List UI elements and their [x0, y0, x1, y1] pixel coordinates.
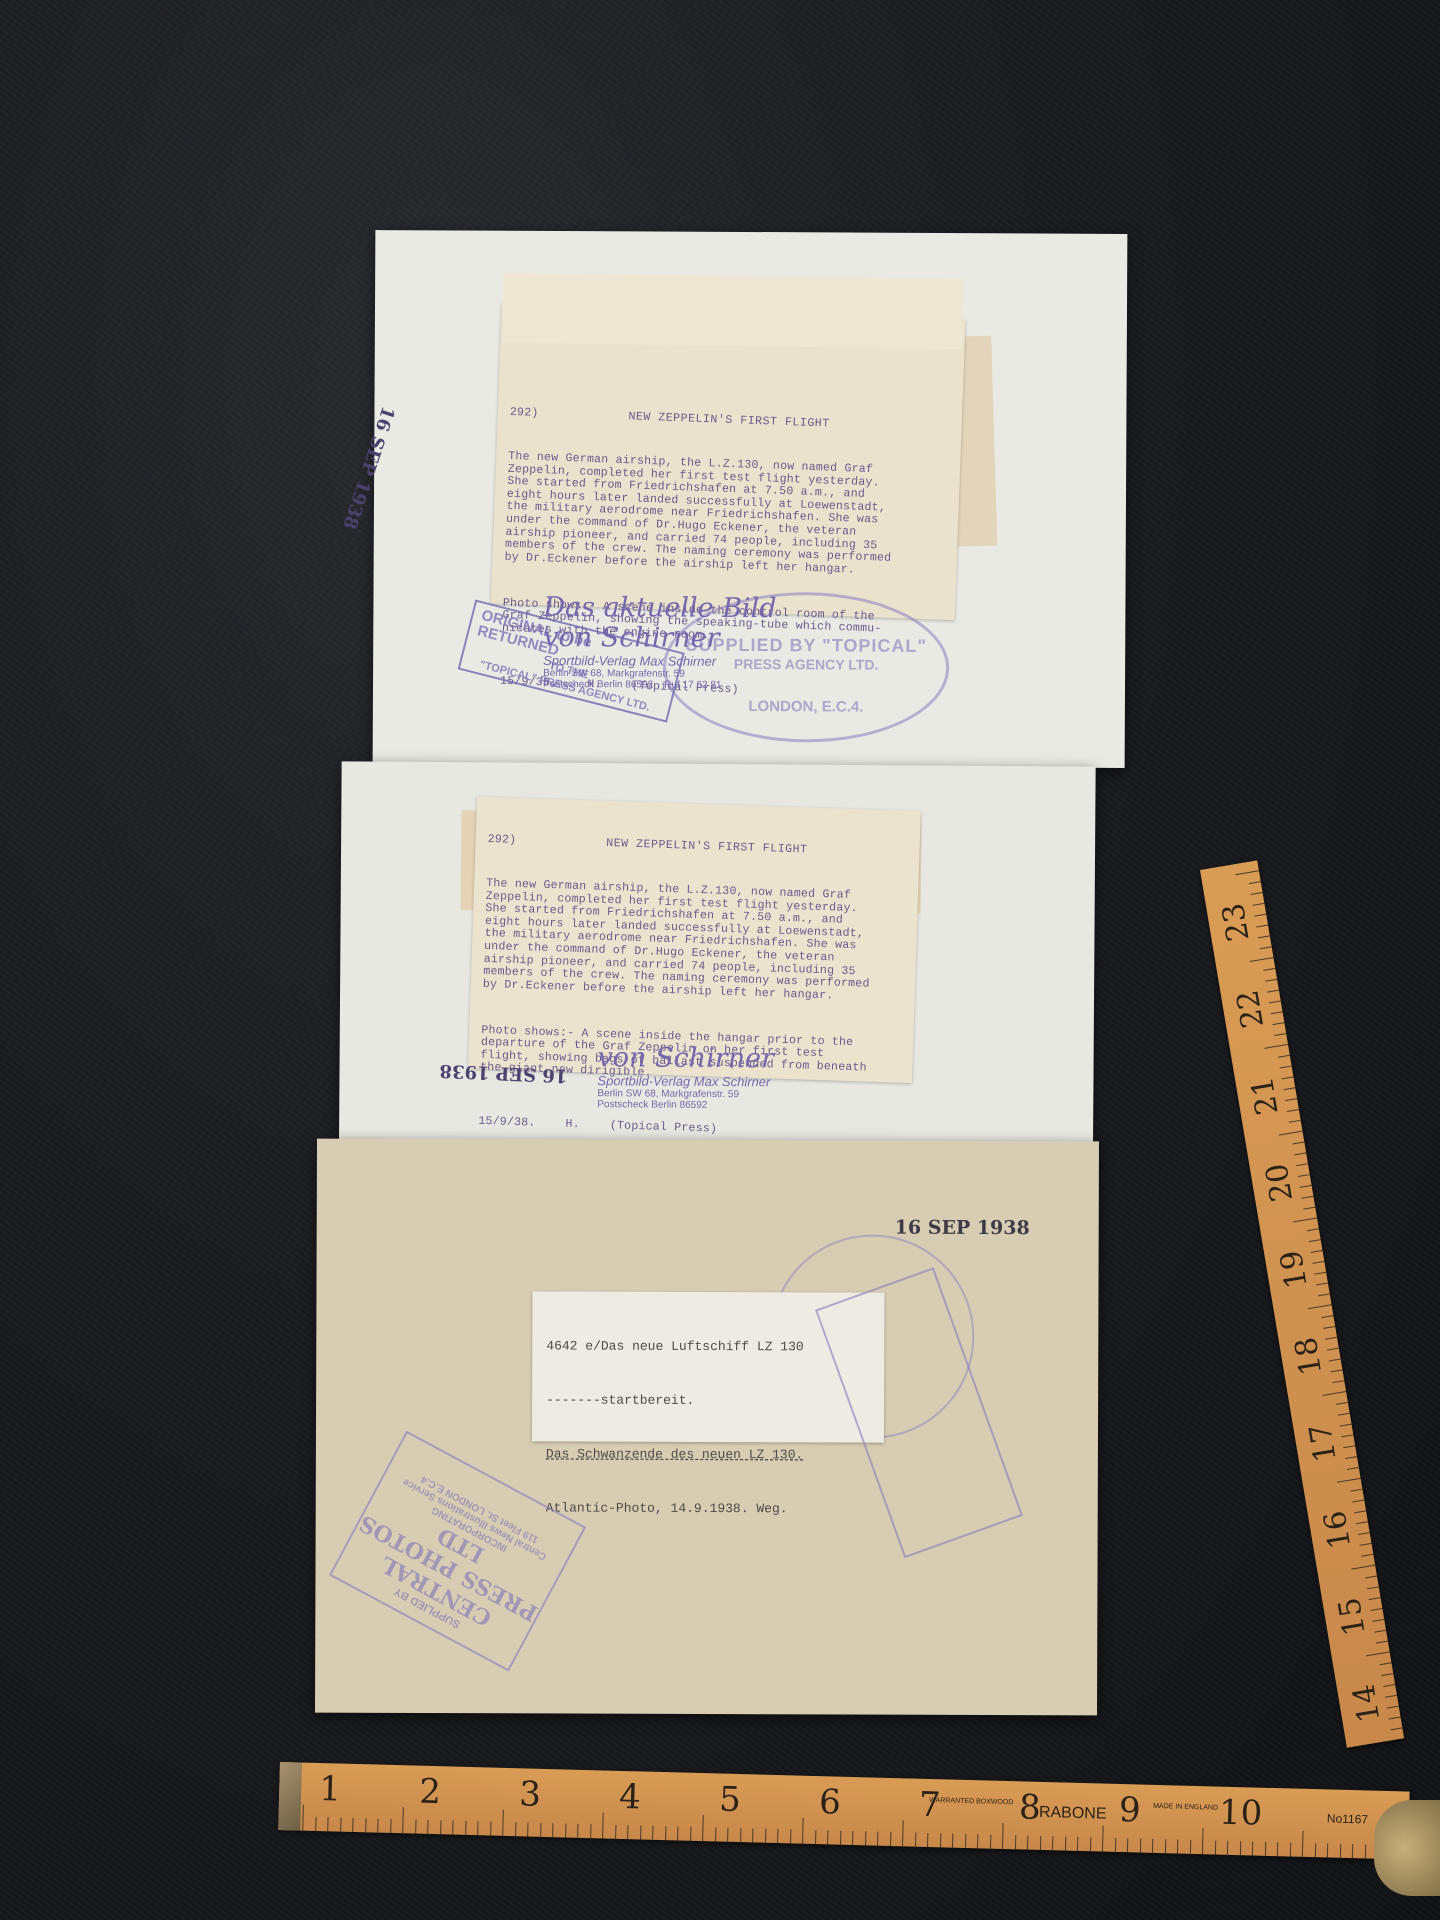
ruler-tick: [1177, 1840, 1178, 1854]
caption-number: 292): [510, 407, 539, 421]
ruler-tick: [1267, 990, 1279, 993]
ruler-number: 19: [1274, 1248, 1315, 1291]
caption-title: NEW ZEPPELIN'S FIRST FLIGHT: [628, 411, 830, 431]
ruler-tick: [665, 1826, 666, 1840]
ruler-tick: [327, 1817, 328, 1831]
stamp-publisher: Sportbild-Verlag Max Schirner: [597, 1073, 773, 1089]
ruler-tick: [1252, 903, 1264, 906]
ruler-tick: [577, 1824, 578, 1838]
ruler-tick: [877, 1832, 878, 1846]
ruler-tick: [1364, 1844, 1365, 1858]
ruler-tick: [790, 1829, 791, 1843]
ruler-tick: [1322, 1391, 1346, 1396]
ruler-tick: [765, 1829, 766, 1843]
ruler-tick: [865, 1831, 866, 1845]
ruler-tick: [1309, 1239, 1321, 1242]
ruler-tick: [1263, 968, 1275, 971]
ruler-tick: [1316, 1283, 1328, 1286]
ruler-tick: [1312, 1261, 1324, 1264]
caption-number: 292): [487, 834, 516, 848]
ruler-tick: [1308, 1304, 1332, 1309]
ruler-tick: [977, 1834, 978, 1848]
ruler-tick: [465, 1821, 466, 1835]
schirner-stamp: von Schirner Sportbild-Verlag Max Schirn…: [597, 1043, 774, 1111]
ruler-tick: [352, 1818, 353, 1832]
ruler-tick: [939, 1833, 940, 1847]
ruler-tick: [365, 1818, 366, 1832]
ruler-tick: [1365, 1575, 1377, 1578]
caption-date: 15/9/38.: [478, 1116, 536, 1130]
ruler-number: 2: [419, 1772, 442, 1813]
ruler-number: 4: [619, 1777, 642, 1818]
ruler-tick: [727, 1828, 728, 1842]
ruler-tick: [752, 1828, 753, 1842]
ruler-number: 5: [719, 1780, 742, 1821]
ruler-tick: [1369, 1597, 1381, 1600]
ruler-tick: [1189, 1840, 1190, 1854]
ruler-tick: [1293, 1217, 1317, 1222]
ruler-tick: [740, 1828, 741, 1842]
ruler-tick: [1327, 1348, 1339, 1351]
ruler-tick: [1164, 1839, 1165, 1853]
ruler-model: No1167: [1327, 1811, 1369, 1826]
ruler-tick: [1282, 1076, 1294, 1079]
ruler-tick: [1127, 1838, 1128, 1852]
stamp-postscheck: Postscheck Berlin 86592: [597, 1099, 773, 1111]
ruler-tick: [1323, 1326, 1335, 1329]
ruler-tick: [715, 1827, 716, 1841]
ruler-tick: [1139, 1839, 1140, 1853]
ruler-number: 17: [1303, 1421, 1344, 1464]
date-stamp: 16 SEP 1938: [439, 1060, 568, 1086]
ruler-tick: [1260, 946, 1272, 949]
ruler-tick: [402, 1807, 404, 1833]
ruler-tick: [815, 1830, 816, 1844]
ruler-tick: [1376, 1641, 1388, 1644]
ruler-tick: [1298, 1174, 1310, 1177]
caption-slip: 292)NEW ZEPPELIN'S FIRST FLIGHT The new …: [491, 303, 966, 620]
ruler-tick: [602, 1812, 604, 1838]
ruler-hinge: [1374, 1800, 1440, 1896]
ruler-tick: [415, 1820, 416, 1834]
ruler-number: 15: [1332, 1595, 1373, 1638]
ruler-made-in: MADE IN ENGLAND: [1153, 1803, 1218, 1813]
ruler-number: 7: [919, 1785, 942, 1826]
ruler-tick: [1338, 1413, 1350, 1416]
ruler-tick: [1249, 881, 1261, 884]
ruler-tick: [527, 1822, 528, 1836]
ruler-tick: [1352, 1844, 1353, 1858]
ruler-tick: [1367, 1586, 1379, 1589]
ruler-tick: [1289, 1120, 1301, 1123]
ruler-tick: [690, 1827, 691, 1841]
ruler-tick: [1285, 1098, 1297, 1101]
ruler-warranted: WARRANTED BOXWOOD: [929, 1797, 1013, 1807]
ruler-number: 9: [1119, 1790, 1142, 1831]
ruler-tick: [1360, 1543, 1372, 1546]
ruler-tick: [1302, 1831, 1304, 1857]
ruler-tick: [540, 1823, 541, 1837]
ruler-tick: [515, 1822, 516, 1836]
ruler-tick: [1239, 1841, 1240, 1855]
ruler-tick: [302, 1805, 304, 1831]
ruler-tick: [1374, 1630, 1386, 1633]
ruler-tick: [1280, 1066, 1292, 1069]
ruler-number: 8: [1019, 1787, 1042, 1828]
ruler-number: 1: [319, 1769, 342, 1810]
ruler-tick: [1102, 1826, 1104, 1852]
ruler-tick: [1271, 1011, 1283, 1014]
ruler-tick: [1314, 1843, 1315, 1857]
ruler-tick: [1321, 1315, 1333, 1318]
ruler-tick: [627, 1825, 628, 1839]
ruler-tick: [1235, 870, 1259, 875]
ruler-tick: [1250, 957, 1274, 962]
ruler-tick: [890, 1832, 891, 1846]
ruler-tick: [1152, 1839, 1153, 1853]
ruler-tick: [777, 1829, 778, 1843]
ruler-tick: [1252, 1841, 1253, 1855]
ruler-tick: [1332, 1380, 1344, 1383]
ruler-tick: [1292, 1142, 1304, 1145]
ruler-tick: [1311, 1250, 1323, 1253]
ruler-tick: [340, 1818, 341, 1832]
ruler-tick: [1389, 1717, 1401, 1720]
ruler-tick: [1331, 1369, 1343, 1372]
ruler-tick: [1264, 1842, 1265, 1856]
caption-body: The new German airship, the L.Z.130, now…: [483, 878, 907, 1005]
label-line: Atlantic-Photo, 14.9.1938. Weg.: [546, 1499, 870, 1518]
stamp-title: von Schirner: [598, 1043, 775, 1074]
ruler-tick: [1064, 1837, 1065, 1851]
ruler-tick: [1329, 1359, 1341, 1362]
ruler-tick: [1390, 1727, 1402, 1730]
ruler-tick: [1381, 1673, 1393, 1676]
ruler-tick: [1387, 1706, 1399, 1709]
ruler-tick: [1287, 1109, 1299, 1112]
ruler-tick: [1279, 1131, 1303, 1136]
ruler-tick: [1339, 1844, 1340, 1858]
ruler-tick: [1372, 1619, 1384, 1622]
ruler-tick: [1301, 1196, 1313, 1199]
ruler-tick: [1296, 1163, 1308, 1166]
ruler-tick: [1283, 1087, 1295, 1090]
ruler-number: 16: [1317, 1508, 1358, 1551]
ruler-tick: [477, 1821, 478, 1835]
ruler-number: 10: [1218, 1793, 1262, 1834]
ruler-tick: [590, 1824, 591, 1838]
ruler-tick: [1027, 1836, 1028, 1850]
ruler-number: 21: [1245, 1074, 1286, 1117]
ruler-tick: [1256, 925, 1268, 928]
ruler-tick: [1337, 1478, 1361, 1483]
ruler-tick: [1341, 1434, 1353, 1437]
ruler-number: 3: [519, 1774, 542, 1815]
label-line: Das Schwanzende des neuen LZ 130.: [546, 1445, 870, 1464]
ruler-tick: [1014, 1835, 1015, 1849]
ruler-tick: [1258, 935, 1270, 938]
ruler-tick: [1214, 1840, 1215, 1854]
ruler-number: 18: [1288, 1334, 1329, 1377]
ruler-tick: [490, 1822, 491, 1836]
ruler-tick: [1277, 1842, 1278, 1856]
ruler-tick: [427, 1820, 428, 1834]
ruler-tick: [1307, 1228, 1319, 1231]
ruler-tick: [1336, 1402, 1348, 1405]
ruler-tick: [1358, 1532, 1370, 1535]
ruler-tick: [1202, 1828, 1204, 1854]
ruler-number: 22: [1230, 987, 1271, 1030]
ruler-tick: [1385, 1695, 1397, 1698]
ruler-tick: [390, 1819, 391, 1833]
ruler-tick: [1345, 1456, 1357, 1459]
brass-tip: [278, 1762, 302, 1831]
ruler-tick: [1380, 1662, 1392, 1665]
ruler-brand: RABONE: [1039, 1804, 1107, 1824]
ruler-tick: [1327, 1843, 1328, 1857]
ruler-tick: [1383, 1684, 1395, 1687]
ruler-tick: [702, 1815, 704, 1841]
ruler-tick: [315, 1817, 316, 1831]
ruler-tick: [927, 1833, 928, 1847]
ruler-tick: [989, 1835, 990, 1849]
ruler-tick: [1352, 1500, 1364, 1503]
stamp-title: Das aktuelle Bild: [543, 593, 776, 624]
ruler-tick: [1300, 1185, 1312, 1188]
caption-title: NEW ZEPPELIN'S FIRST FLIGHT: [606, 838, 808, 857]
ruler-tick: [827, 1830, 828, 1844]
ruler-tick: [915, 1833, 916, 1847]
ruler-tick: [552, 1823, 553, 1837]
ruler-tick: [1278, 1055, 1290, 1058]
ruler-tick: [1325, 1337, 1337, 1340]
ruler-tick: [1039, 1836, 1040, 1850]
ruler-tick: [640, 1825, 641, 1839]
ruler-tick: [1002, 1823, 1004, 1849]
ruler-tick: [952, 1834, 953, 1848]
stamp-text: LONDON, E.C.4.: [666, 698, 946, 716]
ruler-tick: [1343, 1445, 1355, 1448]
ruler-tick: [802, 1818, 804, 1844]
ruler-tick: [1318, 1293, 1330, 1296]
label-line: 4642 e/Das neue Luftschiff LZ 130: [546, 1337, 870, 1356]
caption-initial: H.: [565, 1119, 580, 1132]
ruler-tick: [1351, 1565, 1375, 1570]
ruler-tick: [1289, 1842, 1290, 1856]
folded-slip-top: [503, 273, 964, 349]
ruler-tick: [1370, 1608, 1382, 1611]
ruler-tick: [1366, 1651, 1390, 1656]
ruler-tick: [1089, 1837, 1090, 1851]
ruler-tick: [1265, 979, 1277, 982]
ruler-number: 14: [1347, 1682, 1388, 1725]
ruler-tick: [1294, 1152, 1306, 1155]
ruler-tick: [840, 1831, 841, 1845]
ruler-number: 20: [1259, 1161, 1300, 1204]
ruler-tick: [1254, 914, 1266, 917]
caption-agency: (Topical Press): [610, 1120, 718, 1136]
ruler-tick: [1251, 892, 1263, 895]
ruler-number: 6: [819, 1782, 842, 1823]
ruler-tick: [1347, 1467, 1359, 1470]
ruler-tick: [1269, 1000, 1281, 1003]
ruler-tick: [502, 1810, 504, 1836]
ruler-tick: [1354, 1510, 1366, 1513]
ruler-tick: [1351, 1489, 1363, 1492]
ruler-tick: [1264, 1044, 1288, 1049]
ruler-tick: [1227, 1841, 1228, 1855]
ruler-tick: [440, 1820, 441, 1834]
ruler-tick: [1052, 1836, 1053, 1850]
ruler-tick: [1272, 1022, 1284, 1025]
photo-reverse-3: 16 SEP 1938 4642 e/Das neue Luftschiff L…: [315, 1139, 1099, 1716]
ruler-tick: [615, 1825, 616, 1839]
ruler-tick: [1077, 1837, 1078, 1851]
ruler-tick: [677, 1826, 678, 1840]
caption-body: The new German airship, the L.Z.130, now…: [504, 451, 894, 578]
date-stamp: 16 SEP 1938: [895, 1217, 1030, 1239]
photo-reverse-1: d lh .-.- h. 292)NEW ZEPPELIN'S FIRST FL…: [373, 230, 1128, 768]
ruler-tick: [652, 1826, 653, 1840]
caption-slip: 292)NEW ZEPPELIN'S FIRST FLIGHT The new …: [468, 797, 921, 1084]
ruler-tick: [1114, 1838, 1115, 1852]
ruler-tick: [1356, 1521, 1368, 1524]
ruler-tick: [1340, 1424, 1352, 1427]
label-line: -------startbereit.: [546, 1391, 870, 1410]
ruler-tick: [1303, 1207, 1315, 1210]
ruler-tick: [1274, 1033, 1286, 1036]
ruler-number: 23: [1216, 901, 1257, 944]
ruler-tick: [902, 1820, 904, 1846]
ruler-tick: [565, 1823, 566, 1837]
ruler-tick: [1361, 1554, 1373, 1557]
ruler-tick: [452, 1821, 453, 1835]
ruler-tick: [1314, 1272, 1326, 1275]
ruler-tick: [852, 1831, 853, 1845]
ruler-tick: [964, 1834, 965, 1848]
ruler-tick: [377, 1819, 378, 1833]
